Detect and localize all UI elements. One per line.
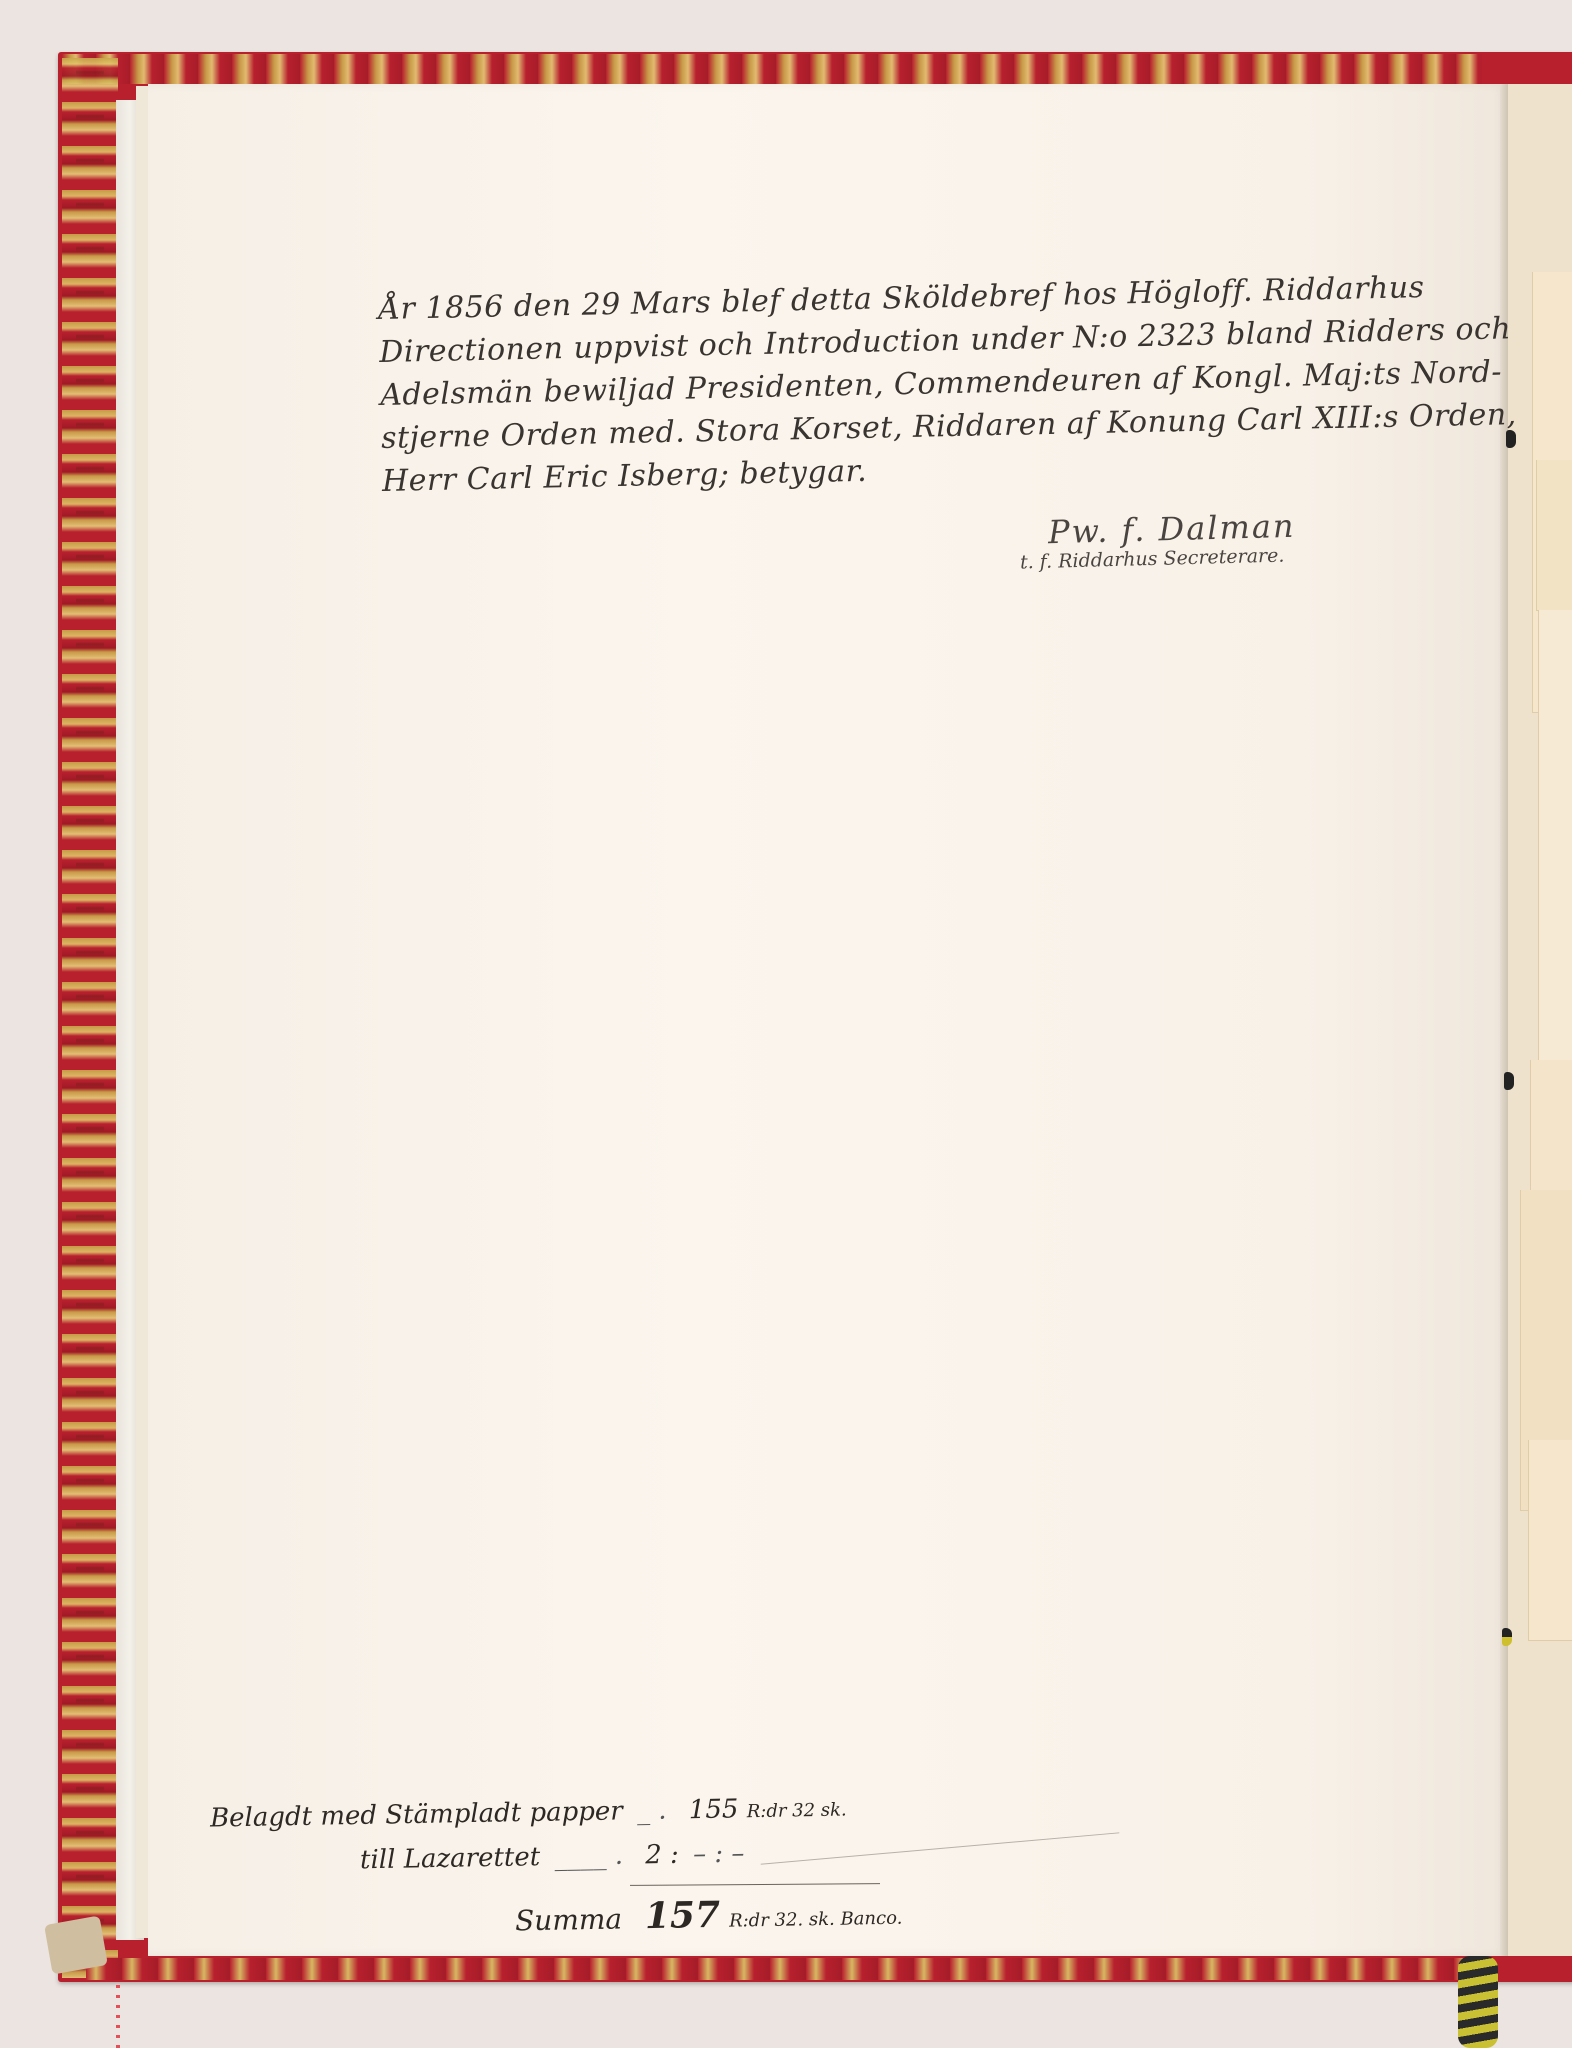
loose-slip (1538, 610, 1572, 1061)
binding-thread (1504, 1072, 1514, 1090)
ledger-amount: 155 (689, 1794, 739, 1825)
binding-thread (1502, 1628, 1512, 1646)
ledger-total: Summa 157 R:dr 32. sk. Banco. (515, 1891, 903, 1940)
ledger-dash: ____ . (554, 1841, 623, 1872)
ledger-dash: _ . (637, 1796, 667, 1827)
ledger-label: till Lazarettet (360, 1842, 541, 1875)
total-label: Summa (515, 1903, 623, 1938)
gilt-border-top (62, 54, 1482, 84)
red-ink-dots (116, 1985, 120, 2048)
worn-corner (44, 1916, 108, 1975)
seal-cord (1458, 1956, 1498, 2048)
loose-slip (1536, 460, 1572, 611)
gilt-border-bottom (86, 1958, 1486, 1980)
ledger-unit: R:dr 32 sk. (747, 1799, 847, 1822)
total-amount: 157 (645, 1894, 721, 1937)
gilt-border-left (62, 58, 118, 1978)
endorsement-text: År 1856 den 29 Mars blef detta Sköldebre… (378, 264, 1518, 503)
total-unit: R:dr 32. sk. Banco. (729, 1908, 903, 1932)
ledger-unit: – : – (693, 1839, 745, 1870)
ledger-amount: 2 : (645, 1840, 679, 1871)
loose-slip (1528, 1440, 1572, 1641)
